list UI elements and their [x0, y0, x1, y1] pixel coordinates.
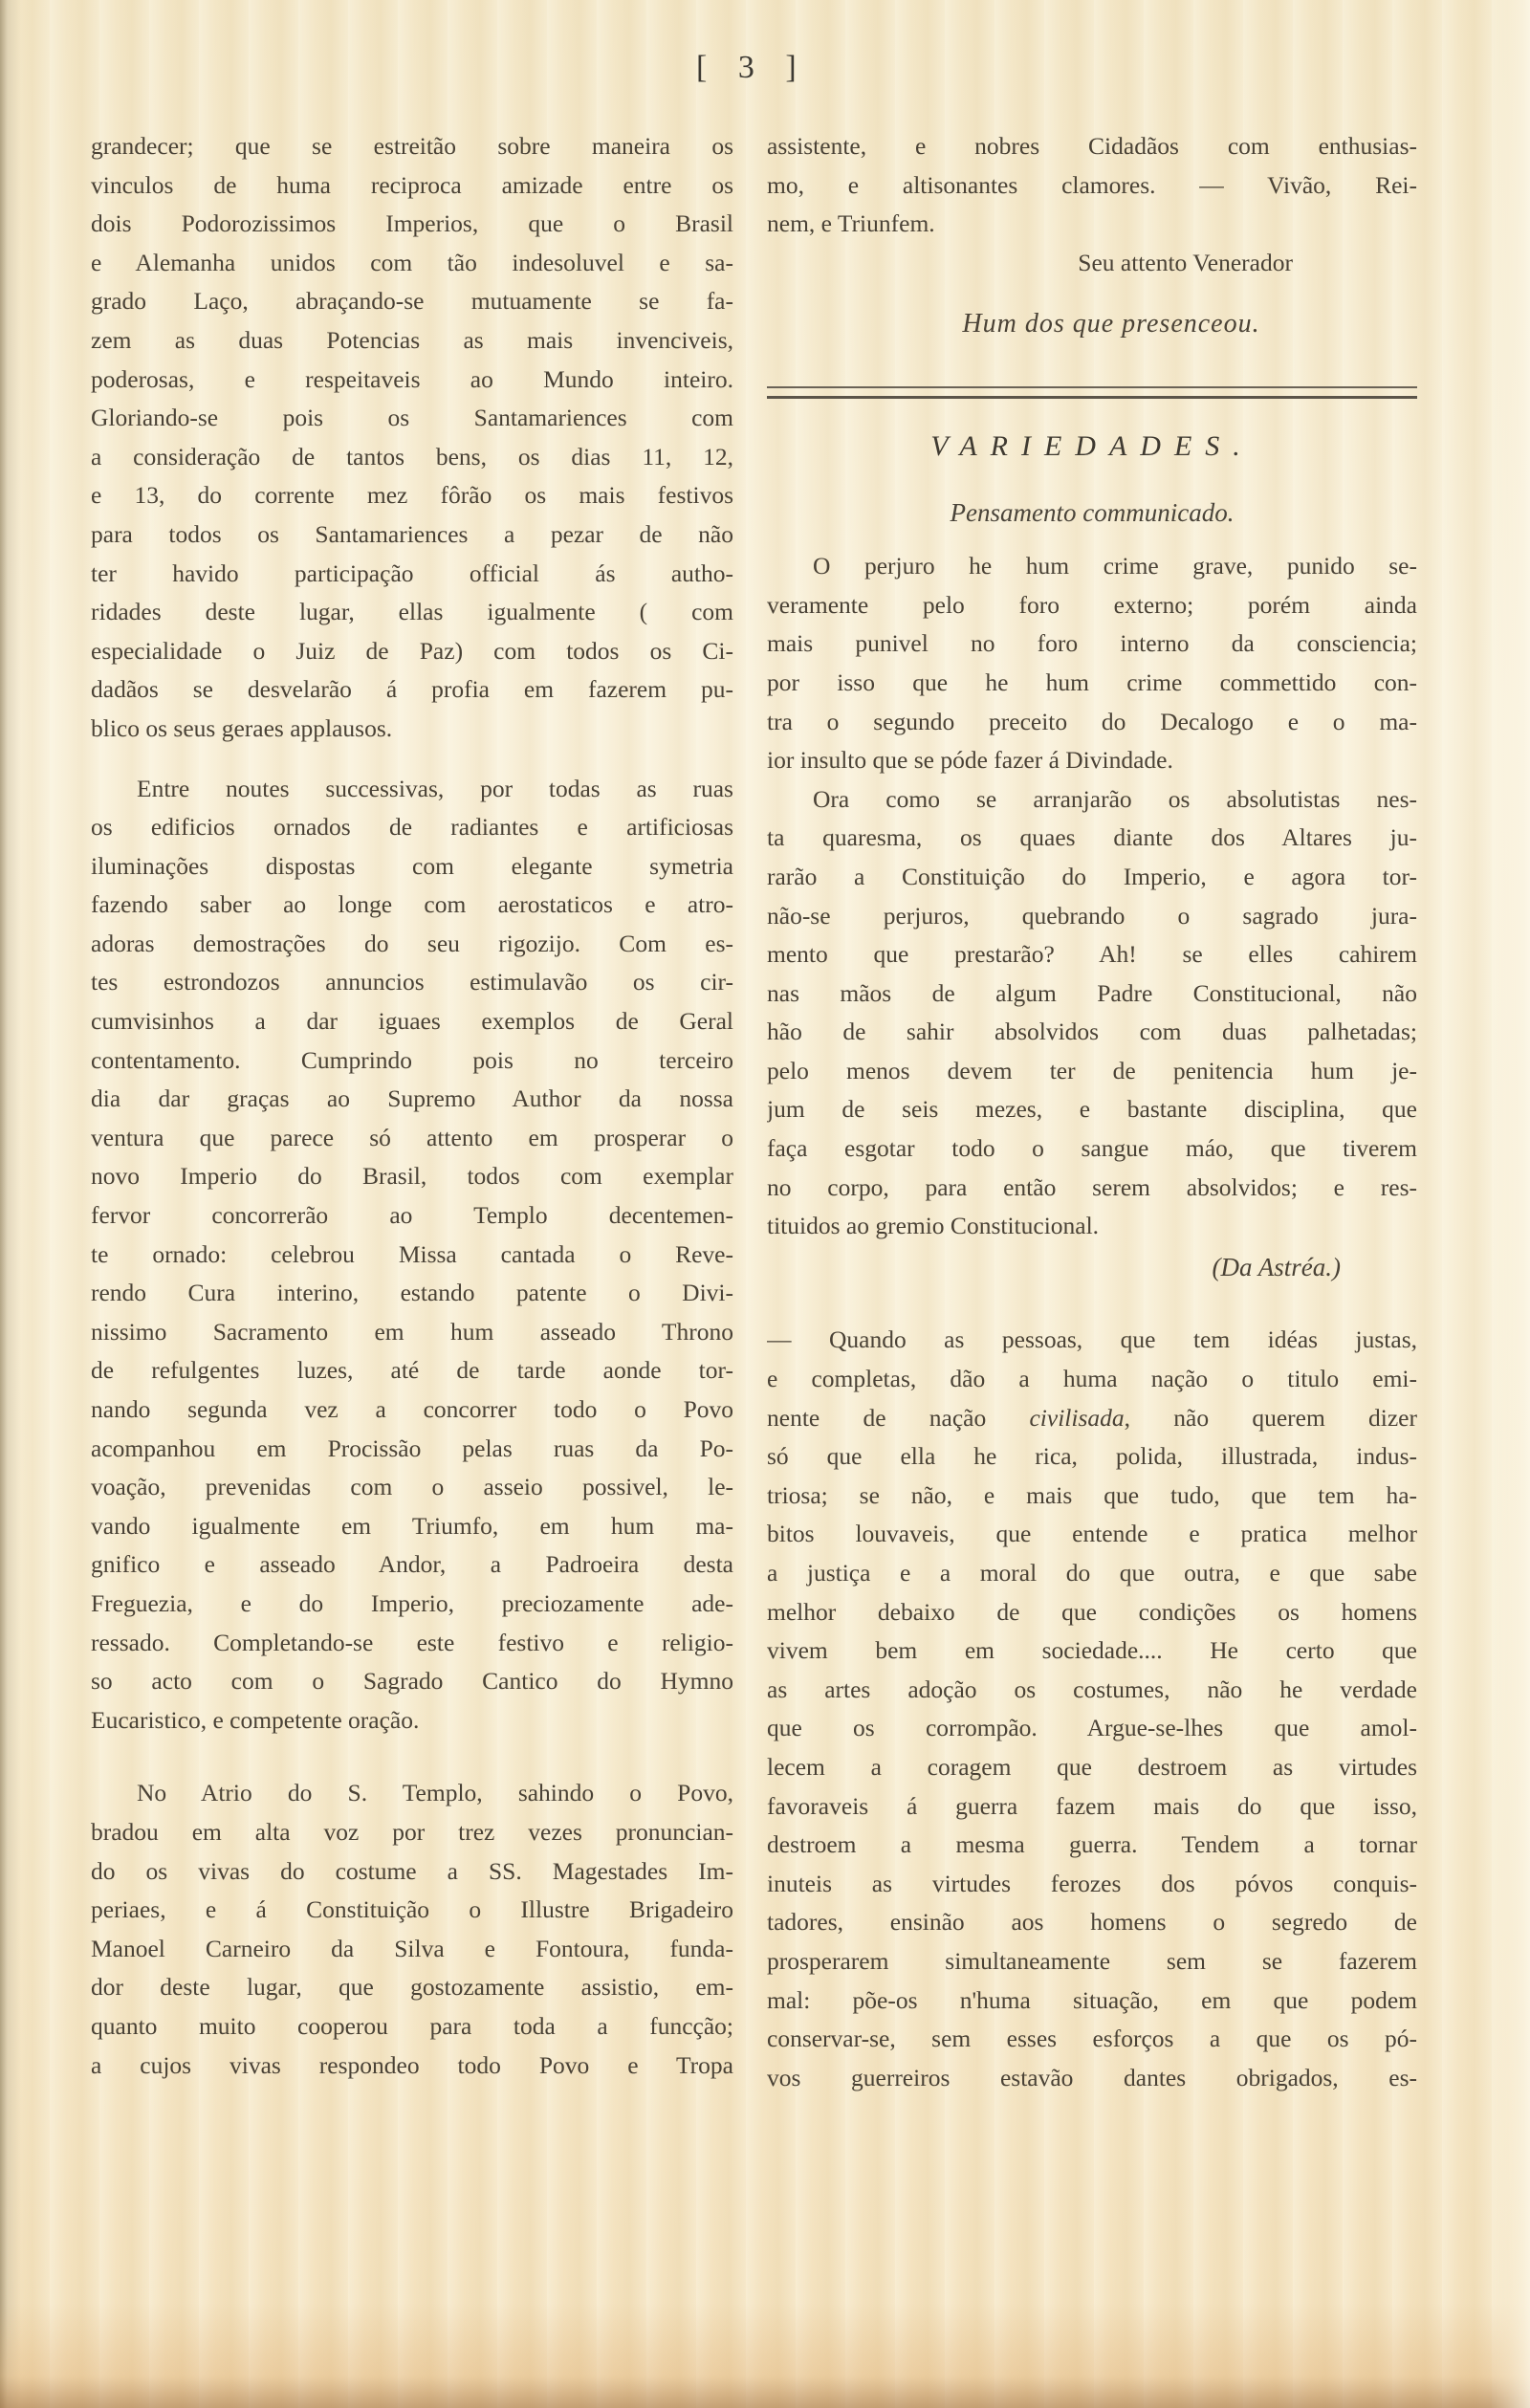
text-line: especialidade o Juiz de Paz) com todos o…: [91, 632, 733, 671]
text-line: dois Podorozissimos Imperios, que o Bras…: [91, 205, 733, 244]
text-line: so acto com o Sagrado Cantico do Hymno: [91, 1662, 733, 1701]
text-line: para todos os Santamariences a pezar de …: [91, 515, 733, 555]
right-paragraph-3: — Quando as pessoas, que tem idéas justa…: [767, 1321, 1417, 2097]
text-line: e completas, dão a huma nação o titulo e…: [767, 1360, 1417, 1399]
text-line: mo, e altisonantes clamores. — Vivão, Re…: [767, 166, 1417, 206]
text-line: periaes, e á Constituição o Illustre Bri…: [91, 1891, 733, 1930]
text-line: grado Laço, abraçando-se mutuamente se f…: [91, 282, 733, 321]
text-line: ta quaresma, os quaes diante dos Altares…: [767, 819, 1417, 858]
text-line: voação, prevenidas com o asseio possivel…: [91, 1468, 733, 1507]
text-line: nando segunda vez a concorrer todo o Pov…: [91, 1390, 733, 1430]
text-line: pelo menos devem ter de penitencia hum j…: [767, 1052, 1417, 1091]
text-line: novo Imperio do Brasil, todos com exempl…: [91, 1157, 733, 1196]
text-line: ressado. Completando-se este festivo e r…: [91, 1624, 733, 1663]
text-line: Gloriando-se pois os Santamariences com: [91, 399, 733, 438]
text-line: só que ella he rica, polida, illustrada,…: [767, 1437, 1417, 1477]
text-line: lecem a coragem que destroem as virtudes: [767, 1748, 1417, 1787]
section-divider-rule: [767, 386, 1417, 399]
text-line: hão de sahir absolvidos com duas palheta…: [767, 1013, 1417, 1052]
text-line: Freguezia, e do Imperio, preciozamente a…: [91, 1585, 733, 1624]
right-paragraph-2: Ora como se arranjarão os absolutistas n…: [767, 780, 1417, 1246]
text-line: Eucaristico, e competente oração.: [91, 1701, 733, 1740]
faded-edge-right: [1492, 0, 1530, 2408]
text-line: ior insulto que se póde fazer á Divindad…: [767, 741, 1417, 780]
text-line: tra o segundo preceito do Decalogo e o m…: [767, 703, 1417, 742]
text-line: vos guerreiros estavão dantes obrigados,…: [767, 2059, 1417, 2098]
text-line: tes estrondozos annuncios estimulavão os…: [91, 963, 733, 1002]
text-line: fazendo saber ao longe com aerostaticos …: [91, 886, 733, 925]
text-line: dadãos se desvelarão á profia em fazerem…: [91, 670, 733, 710]
text-line: nas mãos de algum Padre Constitucional, …: [767, 974, 1417, 1014]
text-line: e Alemanha unidos com tão indesoluvel e …: [91, 244, 733, 283]
text-line: bradou em alta voz por trez vezes pronun…: [91, 1813, 733, 1852]
text-line: zem as duas Potencias as mais invencivei…: [91, 321, 733, 361]
text-line: O perjuro he hum crime grave, punido se-: [767, 547, 1417, 586]
text-line: os edificios ornados de radiantes e arti…: [91, 808, 733, 847]
left-paragraph-1: grandecer; que se estreitão sobre maneir…: [91, 127, 733, 749]
text-line: ter havido participação official ás auth…: [91, 555, 733, 594]
text-line: jum de seis mezes, e bastante disciplina…: [767, 1090, 1417, 1129]
text-line: triosa; se não, e mais que tudo, que tem…: [767, 1477, 1417, 1516]
text-line: grandecer; que se estreitão sobre maneir…: [91, 127, 733, 166]
right-continuation: assistente, e nobres Cidadãos com enthus…: [767, 127, 1417, 244]
text-line: rendo Cura interino, estando patente o D…: [91, 1274, 733, 1313]
text-line: vando igualmente em Triumfo, em hum ma-: [91, 1507, 733, 1546]
text-line: melhor debaixo de que condições os homen…: [767, 1593, 1417, 1632]
text-line: nissimo Sacramento em hum asseado Throno: [91, 1313, 733, 1352]
signature-line: Seu attento Venerador: [767, 244, 1417, 283]
text-line: contentamento. Cumprindo pois no terceir…: [91, 1041, 733, 1081]
text-line: não-se perjuros, quebrando o sagrado jur…: [767, 897, 1417, 936]
italic-word: civilisada: [1029, 1404, 1124, 1432]
text-line: No Atrio do S. Templo, sahindo o Povo,: [91, 1774, 733, 1813]
right-column: assistente, e nobres Cidadãos com enthus…: [767, 127, 1417, 2097]
text-line: favoraveis á guerra fazem mais do que is…: [767, 1787, 1417, 1827]
text-line: ridades deste lugar, ellas igualmente ( …: [91, 593, 733, 632]
text-line: as artes adoção os costumes, não he verd…: [767, 1671, 1417, 1710]
text-line: poderosas, e respeitaveis ao Mundo intei…: [91, 361, 733, 400]
text-line: que os corrompão. Argue-se-lhes que amol…: [767, 1709, 1417, 1748]
text-line: faça esgotar todo o sangue máo, que tive…: [767, 1129, 1417, 1169]
left-paragraph-3: No Atrio do S. Templo, sahindo o Povo,br…: [91, 1774, 733, 2085]
text-line: fervor concorrerão ao Templo decentemen-: [91, 1196, 733, 1236]
article-subtitle: Pensamento communicado.: [767, 493, 1417, 533]
text-line: iluminações dispostas com elegante symet…: [91, 847, 733, 887]
text-line: te ornado: celebrou Missa cantada o Reve…: [91, 1236, 733, 1275]
text-line: de refulgentes luzes, até de tarde aonde…: [91, 1351, 733, 1390]
text-line: gnifico e asseado Andor, a Padroeira des…: [91, 1545, 733, 1585]
text-line: blico os seus geraes applausos.: [91, 710, 733, 749]
text-line: destroem a mesma guerra. Tendem a tornar: [767, 1826, 1417, 1865]
text-line: adoras demostrações do seu rigozijo. Com…: [91, 925, 733, 964]
text-line: a consideração de tantos bens, os dias 1…: [91, 438, 733, 477]
text-line: Entre noutes successivas, por todas as r…: [91, 770, 733, 809]
text-line: dor deste lugar, que gostozamente assist…: [91, 1968, 733, 2007]
text-line: por isso que he hum crime commettido con…: [767, 664, 1417, 703]
text-line: Ora como se arranjarão os absolutistas n…: [767, 780, 1417, 820]
source-citation: (Da Astréa.): [767, 1248, 1417, 1287]
text-line: do os vivas do costume a SS. Magestades …: [91, 1852, 733, 1892]
page-number: [ 3 ]: [696, 50, 808, 86]
text-line: inuteis as virtudes ferozes dos póvos co…: [767, 1865, 1417, 1904]
text-line: a cujos vivas respondeo todo Povo e Trop…: [91, 2047, 733, 2086]
left-paragraph-2: Entre noutes successivas, por todas as r…: [91, 770, 733, 1740]
text-line: mais punivel no foro interno da conscien…: [767, 624, 1417, 664]
text-line: mento que prestarão? Ah! se elles cahire…: [767, 935, 1417, 974]
text-line: nente de nação civilisada, não querem di…: [767, 1399, 1417, 1438]
text-line: assistente, e nobres Cidadãos com enthus…: [767, 127, 1417, 166]
signature-author: Hum dos que presenceou.: [767, 305, 1417, 344]
text-line: acompanhou em Procissão pelas ruas da Po…: [91, 1430, 733, 1469]
text-line: nem, e Triunfem.: [767, 205, 1417, 244]
text-line: rarão a Constituição do Imperio, e agora…: [767, 858, 1417, 897]
water-stain-bottom: [0, 2303, 1530, 2408]
text-line: vivem bem em sociedade.... He certo que: [767, 1631, 1417, 1671]
text-line: quanto muito cooperou para toda a funcçã…: [91, 2007, 733, 2047]
text-line: tadores, ensinão aos homens o segredo de: [767, 1903, 1417, 1942]
text-line: cumvisinhos a dar iguaes exemplos de Ger…: [91, 1002, 733, 1041]
text-line: dia dar graças ao Supremo Author da noss…: [91, 1080, 733, 1119]
text-line: prosperarem simultaneamente sem se fazer…: [767, 1942, 1417, 1981]
text-line: Manoel Carneiro da Silva e Fontoura, fun…: [91, 1930, 733, 1969]
text-line: mal: põe-os n'huma situação, em que pode…: [767, 1981, 1417, 2021]
text-line: a justiça e a moral do que outra, e que …: [767, 1554, 1417, 1593]
text-line: tituidos ao gremio Constitucional.: [767, 1207, 1417, 1246]
text-line: e 13, do corrente mez fôrão os mais fest…: [91, 476, 733, 515]
text-line: vinculos de huma reciproca amizade entre…: [91, 166, 733, 206]
text-line: conservar-se, sem esses esforços a que o…: [767, 2020, 1417, 2059]
text-line: no corpo, para então serem absolvidos; e…: [767, 1169, 1417, 1208]
left-column: grandecer; que se estreitão sobre maneir…: [91, 127, 733, 2085]
text-line: ventura que parece só attento em prosper…: [91, 1119, 733, 1158]
section-title-variedades: VARIEDADES.: [767, 427, 1417, 467]
right-paragraph-1: O perjuro he hum crime grave, punido se-…: [767, 547, 1417, 780]
text-line: — Quando as pessoas, que tem idéas justa…: [767, 1321, 1417, 1360]
text-line: veramente pelo foro externo; porém ainda: [767, 586, 1417, 625]
newspaper-page: [ 3 ] grandecer; que se estreitão sobre …: [0, 0, 1530, 2408]
text-line: bitos louvaveis, que entende e pratica m…: [767, 1515, 1417, 1554]
